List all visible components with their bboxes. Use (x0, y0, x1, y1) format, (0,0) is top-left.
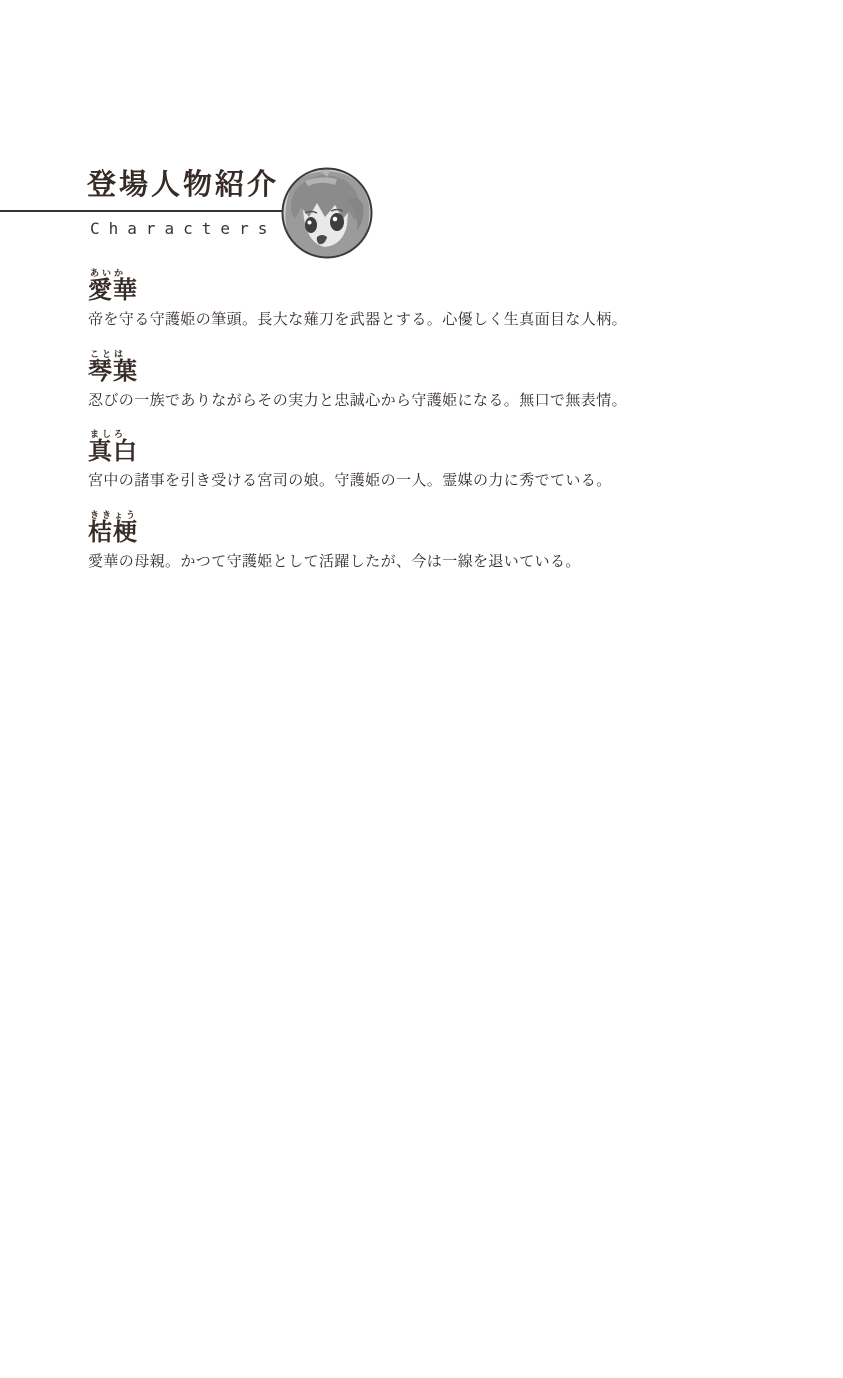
character-entry-mashiro: ましろ 真白 宮中の諸事を引き受ける宮司の娘。守護姫の一人。霊媒の力に秀でている… (88, 429, 612, 490)
character-name: 琴葉 (88, 360, 627, 385)
character-avatar (281, 167, 373, 259)
character-entry-aika: あいか 愛華 帝を守る守護姫の筆頭。長大な薙刀を武器とする。心優しく生真面目な人… (88, 268, 627, 329)
character-furigana: あいか (90, 268, 627, 279)
character-entry-kotoha: ことは 琴葉 忍びの一族でありながらその実力と忠誠心から守護姫になる。無口で無表… (88, 349, 627, 410)
character-furigana: ききょう (90, 510, 581, 521)
anime-girl-portrait-icon (281, 167, 373, 259)
page-subtitle: Characters (90, 219, 276, 238)
character-name: 桔梗 (88, 521, 581, 546)
character-description: 帝を守る守護姫の筆頭。長大な薙刀を武器とする。心優しく生真面目な人柄。 (88, 311, 627, 329)
character-name: 愛華 (88, 279, 627, 304)
character-furigana: ましろ (90, 429, 612, 440)
character-furigana: ことは (90, 349, 627, 360)
character-description: 宮中の諸事を引き受ける宮司の娘。守護姫の一人。霊媒の力に秀でている。 (88, 472, 612, 490)
page-title: 登場人物紹介 (87, 168, 279, 203)
character-description: 愛華の母親。かつて守護姫として活躍したが、今は一線を退いている。 (88, 553, 581, 571)
character-description: 忍びの一族でありながらその実力と忠誠心から守護姫になる。無口で無表情。 (88, 392, 627, 410)
character-entry-kikyou: ききょう 桔梗 愛華の母親。かつて守護姫として活躍したが、今は一線を退いている。 (88, 510, 581, 571)
character-name: 真白 (88, 440, 612, 465)
character-intro-page: 登場人物紹介 Characters (0, 0, 843, 1378)
header-rule (0, 210, 282, 212)
